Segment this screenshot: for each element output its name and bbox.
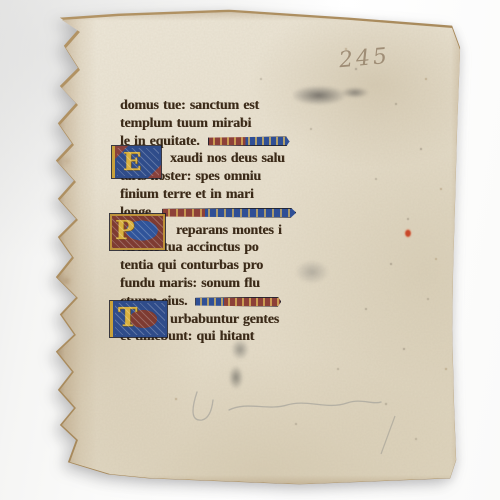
- line-text: tentia qui conturbas pro: [120, 257, 263, 275]
- line-filler: [162, 208, 296, 218]
- text-line: templum tuum mirabi: [120, 115, 320, 133]
- text-block: domus tue: sanctum esttemplum tuum mirab…: [120, 97, 320, 346]
- line-text: domus tue: sanctum est: [120, 97, 259, 115]
- folio-number: 245: [338, 44, 391, 73]
- foxing-speckles: [55, 8, 57, 10]
- pencil-inscription: [183, 380, 403, 440]
- text-line: Preparans montes i: [120, 222, 320, 240]
- text-line: fundu maris: sonum flu: [120, 275, 320, 293]
- line-filler: [195, 297, 281, 307]
- line-filler: [208, 136, 290, 146]
- text-line: domus tue: sanctum est: [120, 97, 320, 115]
- text-line: Exaudi nos deus salu: [120, 150, 320, 168]
- edge-discoloration: [55, 8, 57, 10]
- vellum-page: 245 domus tue: sanctum esttemplum tuum m…: [55, 8, 465, 488]
- decorated-initial-e: E: [112, 146, 161, 178]
- text-line: finium terre et in mari: [120, 186, 320, 204]
- line-text: finium terre et in mari: [120, 186, 254, 204]
- manuscript-leaf: 245 domus tue: sanctum esttemplum tuum m…: [55, 8, 465, 488]
- photo-background: 245 domus tue: sanctum esttemplum tuum m…: [0, 0, 500, 500]
- line-text: fundu maris: sonum flu: [120, 275, 260, 293]
- pencil-slash-mark: [373, 412, 403, 458]
- red-wax-spot: [402, 227, 414, 241]
- text-line: tentia qui conturbas pro: [120, 257, 320, 275]
- line-text: templum tuum mirabi: [120, 115, 251, 133]
- text-line: Turbabuntur gentes: [120, 311, 320, 329]
- decorated-initial-t: T: [110, 301, 167, 337]
- decorated-initial-p: P: [110, 214, 165, 250]
